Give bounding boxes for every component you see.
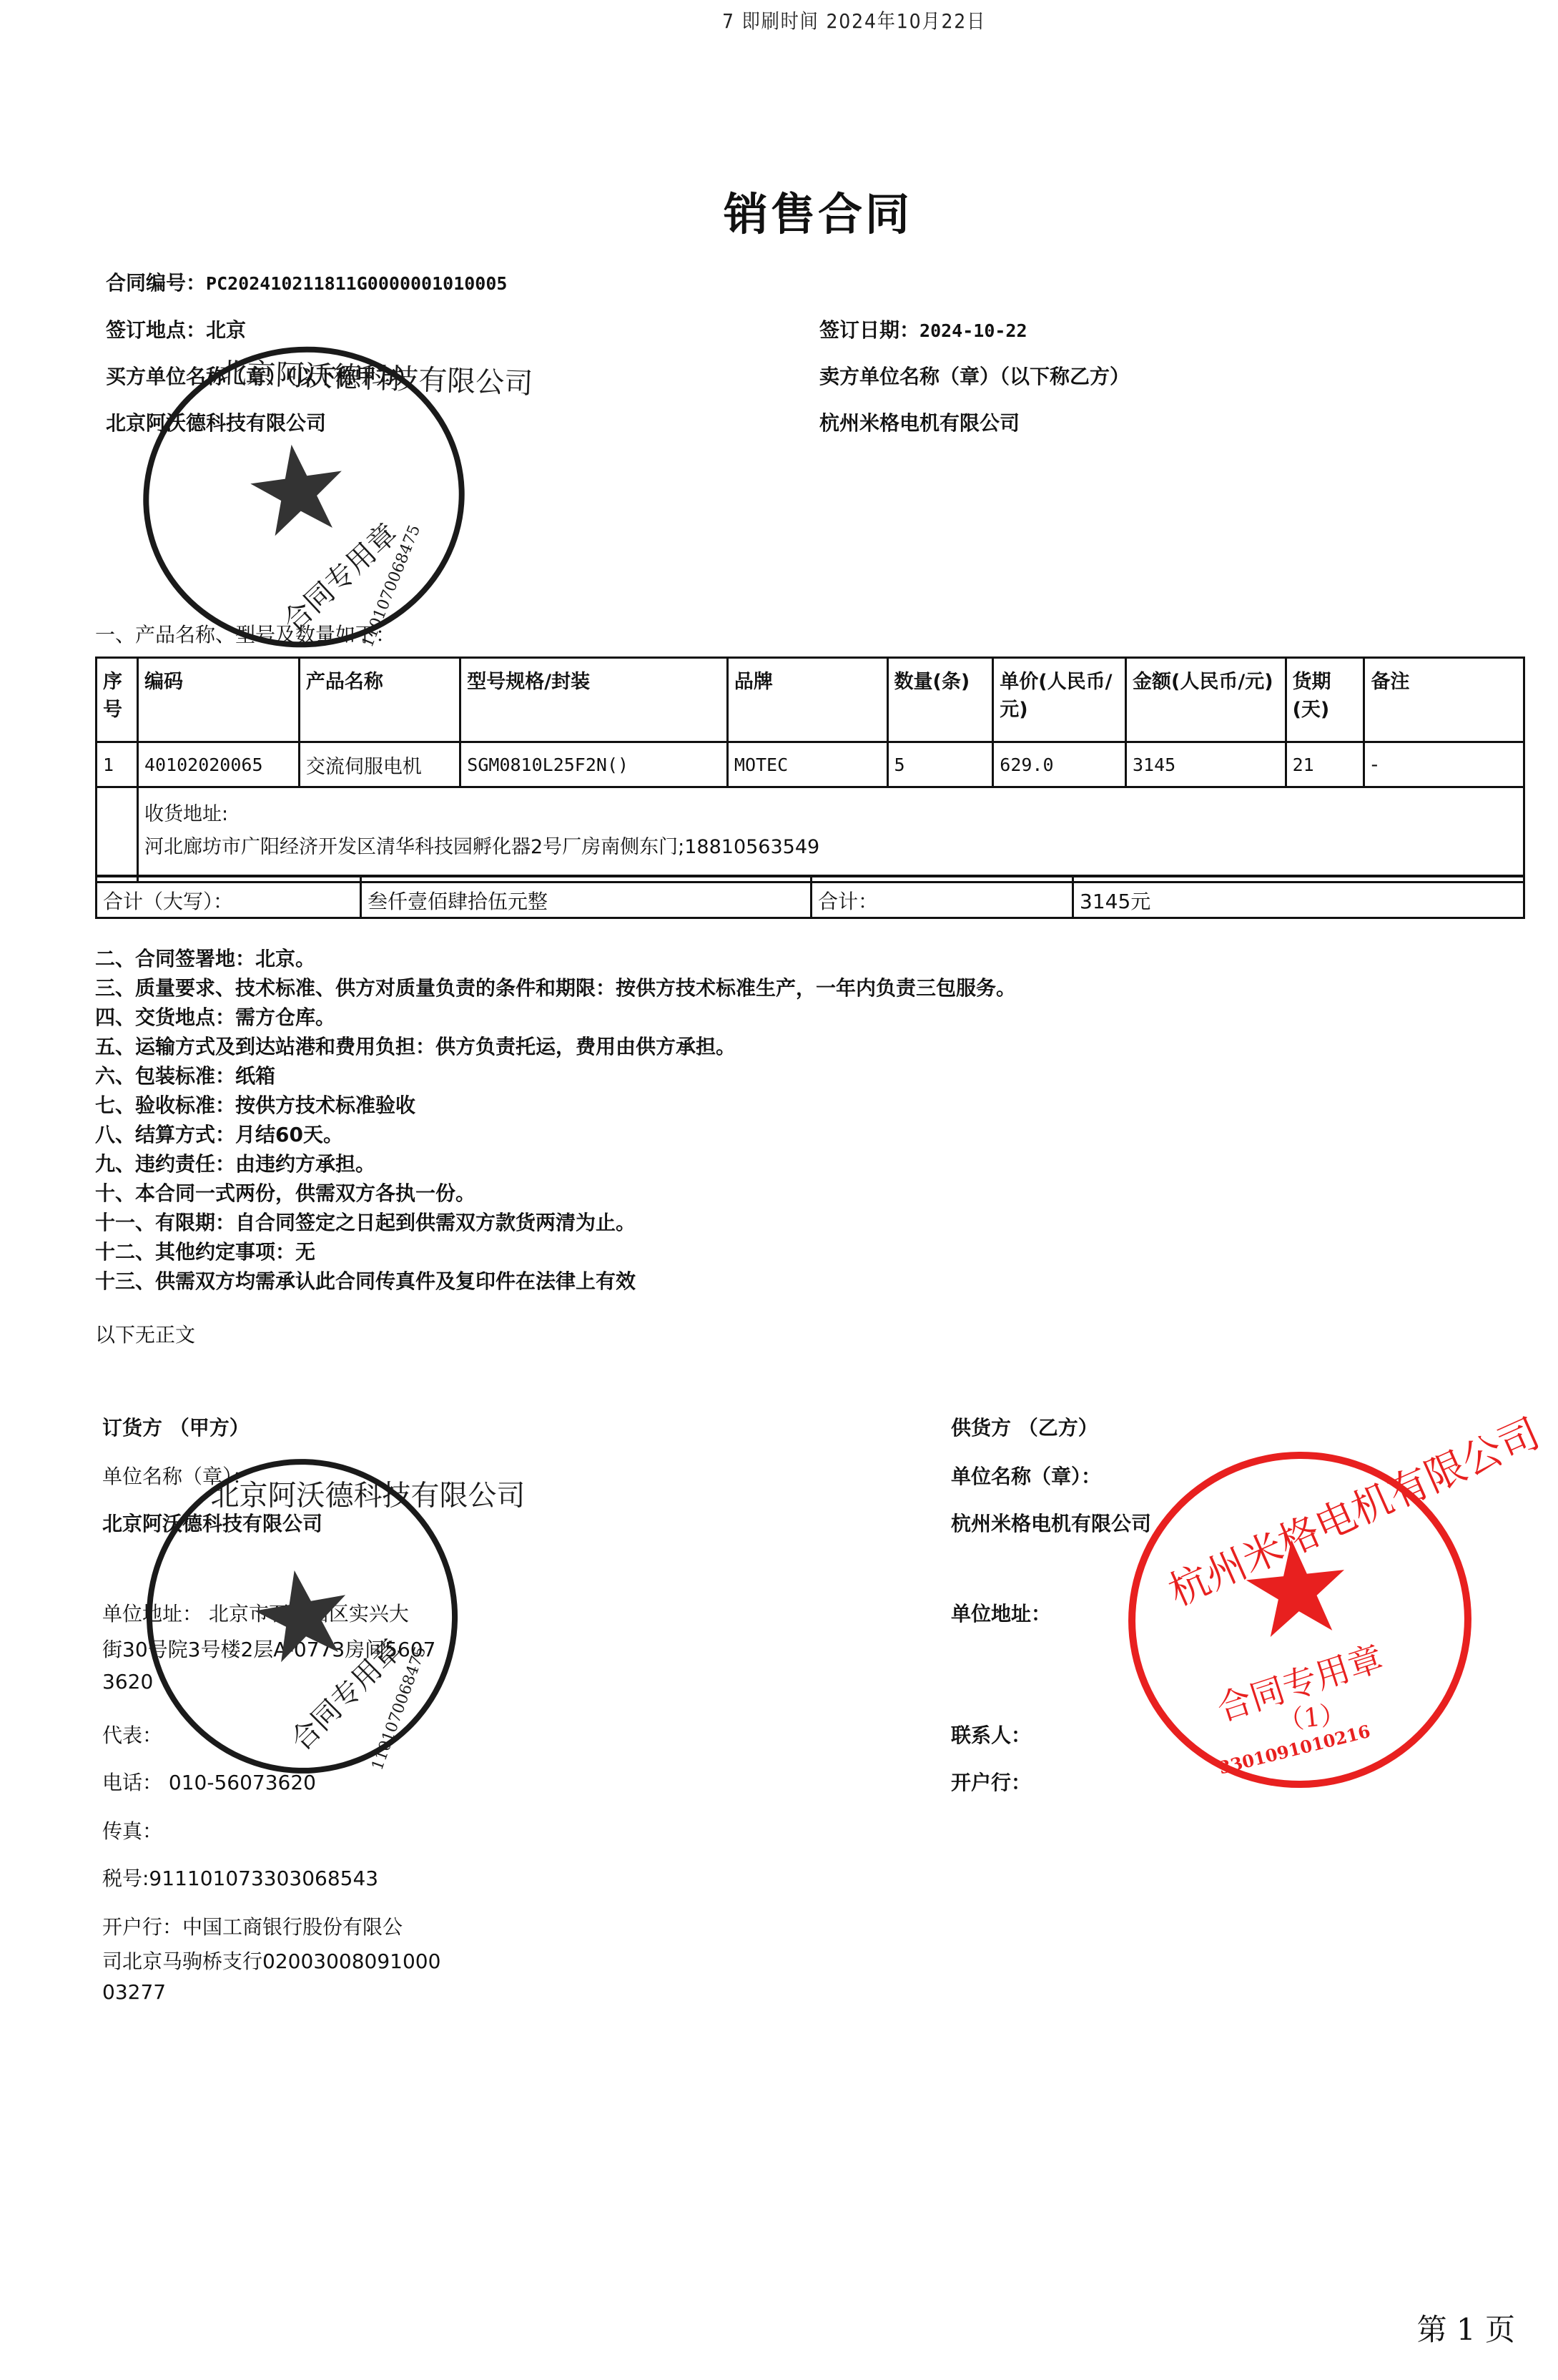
header-cell: 编码 (137, 658, 299, 742)
total-value: 3145元 (1074, 877, 1523, 917)
stamp-ring-text: 北京阿沃德科技有限公司 (211, 1472, 526, 1513)
stamp-ring-text: 北京阿沃德科技有限公司 (218, 350, 534, 402)
cell-lead-time: 21 (1286, 742, 1364, 787)
table-row: 1 40102020065 交流伺服电机 SGM0810L25F2N() MOT… (97, 742, 1524, 787)
contract-number-label: 合同编号： (106, 271, 206, 295)
party-a-bank-line2: 司北京马驹桥支行02003008091000 (102, 1946, 440, 1980)
header-cell: 单价(人民币/元) (993, 658, 1126, 742)
term-item: 二、合同签署地：北京。 (95, 944, 1016, 973)
header-cell: 产品名称 (299, 658, 460, 742)
term-item: 十、本合同一式两份，供需双方各执一份。 (95, 1179, 1016, 1208)
contract-number: 合同编号：PC202410211811G0000001010005 (106, 267, 507, 296)
seller-name: 杭州米格电机有限公司 (819, 408, 1020, 436)
contract-number-value: PC202410211811G0000001010005 (206, 273, 507, 294)
term-item: 十二、其他约定事项：无 (95, 1237, 1016, 1267)
header-cell: 金额(人民币/元) (1126, 658, 1286, 742)
party-b-unit-label: 单位名称（章）： (951, 1461, 1151, 1508)
cell-amount: 3145 (1126, 742, 1286, 787)
term-item: 六、包装标准：纸箱 (95, 1061, 1016, 1091)
term-item: 九、违约责任：由违约方承担。 (95, 1149, 1016, 1179)
total-label: 合计： (812, 877, 1074, 917)
terms-list: 二、合同签署地：北京。 三、质量要求、技术标准、供方对质量负责的条件和期限：按供… (95, 944, 1016, 1296)
party-a-heading: 订货方 （甲方） (102, 1412, 440, 1461)
empty-cell (97, 787, 138, 882)
seller-contract-stamp: 杭州米格电机有限公司 合同专用章 （1） 3301091010216 (1112, 1435, 1488, 1805)
cell-unit-price: 629.0 (993, 742, 1126, 787)
sign-place: 签订地点：北京 (106, 315, 246, 343)
delivery-address-value: 河北廊坊市广阳经济开发区清华科技园孵化器2号厂房南侧东门;18810563549 (144, 831, 1517, 864)
sign-date: 签订日期：2024-10-22 (819, 315, 1027, 343)
sign-date-label: 签订日期： (819, 318, 919, 342)
cell-model: SGM0810L25F2N() (460, 742, 728, 787)
seller-label: 卖方单位名称（章）（以下称乙方） (819, 361, 1130, 390)
party-b-heading: 供货方 （乙方） (951, 1412, 1151, 1461)
term-item: 十一、有限期：自合同签定之日起到供需双方款货两清为止。 (95, 1208, 1016, 1237)
star-icon (245, 1557, 360, 1673)
print-header-note: 7 即刷时间 2024年10月22日 (722, 6, 986, 34)
total-caps-value: 叁仟壹佰肆拾伍元整 (362, 877, 812, 917)
term-item: 四、交货地点：需方仓库。 (95, 1003, 1016, 1032)
page-number: 第 1 页 (1417, 2306, 1515, 2349)
party-b-contact-label: 联系人： (951, 1720, 1151, 1767)
party-b-bank-label: 开户行： (951, 1767, 1151, 1814)
total-caps-label: 合计（大写）： (97, 877, 362, 917)
cell-code: 40102020065 (137, 742, 299, 787)
product-table: 序号 编码 产品名称 型号规格/封装 品牌 数量(条) 单价(人民币/元) 金额… (95, 657, 1525, 883)
sign-place-label: 签订地点： (106, 318, 206, 342)
header-cell: 货期(天) (1286, 658, 1364, 742)
term-item: 三、质量要求、技术标准、供方对质量负责的条件和期限：按供方技术标准生产，一年内负… (95, 973, 1016, 1003)
party-b-address-label: 单位地址： (951, 1598, 1151, 1720)
party-a-bank-line3: 03277 (102, 1980, 440, 2015)
delivery-address-cell: 收货地址: 河北廊坊市广阳经济开发区清华科技园孵化器2号厂房南侧东门;18810… (137, 787, 1524, 882)
term-item: 五、运输方式及到达站港和费用负担：供方负责托运，费用由供方承担。 (95, 1032, 1016, 1061)
party-b-unit-name: 杭州米格电机有限公司 (951, 1508, 1151, 1598)
delivery-address-label: 收货地址: (144, 798, 1517, 831)
cell-remark: - (1364, 742, 1524, 787)
cell-index: 1 (97, 742, 138, 787)
cell-quantity: 5 (887, 742, 993, 787)
header-cell: 备注 (1364, 658, 1524, 742)
term-item: 七、验收标准：按供方技术标准验收 (95, 1091, 1016, 1120)
term-item: 十三、供需双方均需承认此合同传真件及复印件在法律上有效 (95, 1267, 1016, 1296)
party-b-block: 供货方 （乙方） 单位名称（章）： 杭州米格电机有限公司 单位地址： 联系人： … (951, 1412, 1151, 1814)
header-cell: 序号 (97, 658, 138, 742)
delivery-address-row: 收货地址: 河北廊坊市广阳经济开发区清华科技园孵化器2号厂房南侧东门;18810… (97, 787, 1524, 882)
party-a-bank-line1: 开户行：中国工商银行股份有限公 (102, 1912, 440, 1946)
table-header-row: 序号 编码 产品名称 型号规格/封装 品牌 数量(条) 单价(人民币/元) 金额… (97, 658, 1524, 742)
end-note: 以下无正文 (95, 1319, 195, 1348)
totals-row: 合计（大写）： 叁仟壹佰肆拾伍元整 合计： 3145元 (95, 875, 1525, 919)
stamp-ring-text: 杭州米格电机有限公司 (1158, 1402, 1547, 1618)
header-cell: 数量(条) (887, 658, 993, 742)
document-title: 销售合同 (724, 179, 912, 242)
cell-product-name: 交流伺服电机 (299, 742, 460, 787)
sign-place-value: 北京 (206, 318, 246, 342)
star-icon (241, 433, 354, 546)
header-cell: 品牌 (727, 658, 887, 742)
term-item: 八、结算方式：月结60天。 (95, 1120, 1016, 1149)
cell-brand: MOTEC (727, 742, 887, 787)
header-cell: 型号规格/封装 (460, 658, 728, 742)
party-a-tax-number: 税号:911101073303068543 (102, 1863, 440, 1912)
party-a-phone: 电话： 010-56073620 (102, 1767, 440, 1816)
sign-date-value: 2024-10-22 (919, 320, 1027, 341)
party-a-fax-label: 传真： (102, 1816, 440, 1863)
